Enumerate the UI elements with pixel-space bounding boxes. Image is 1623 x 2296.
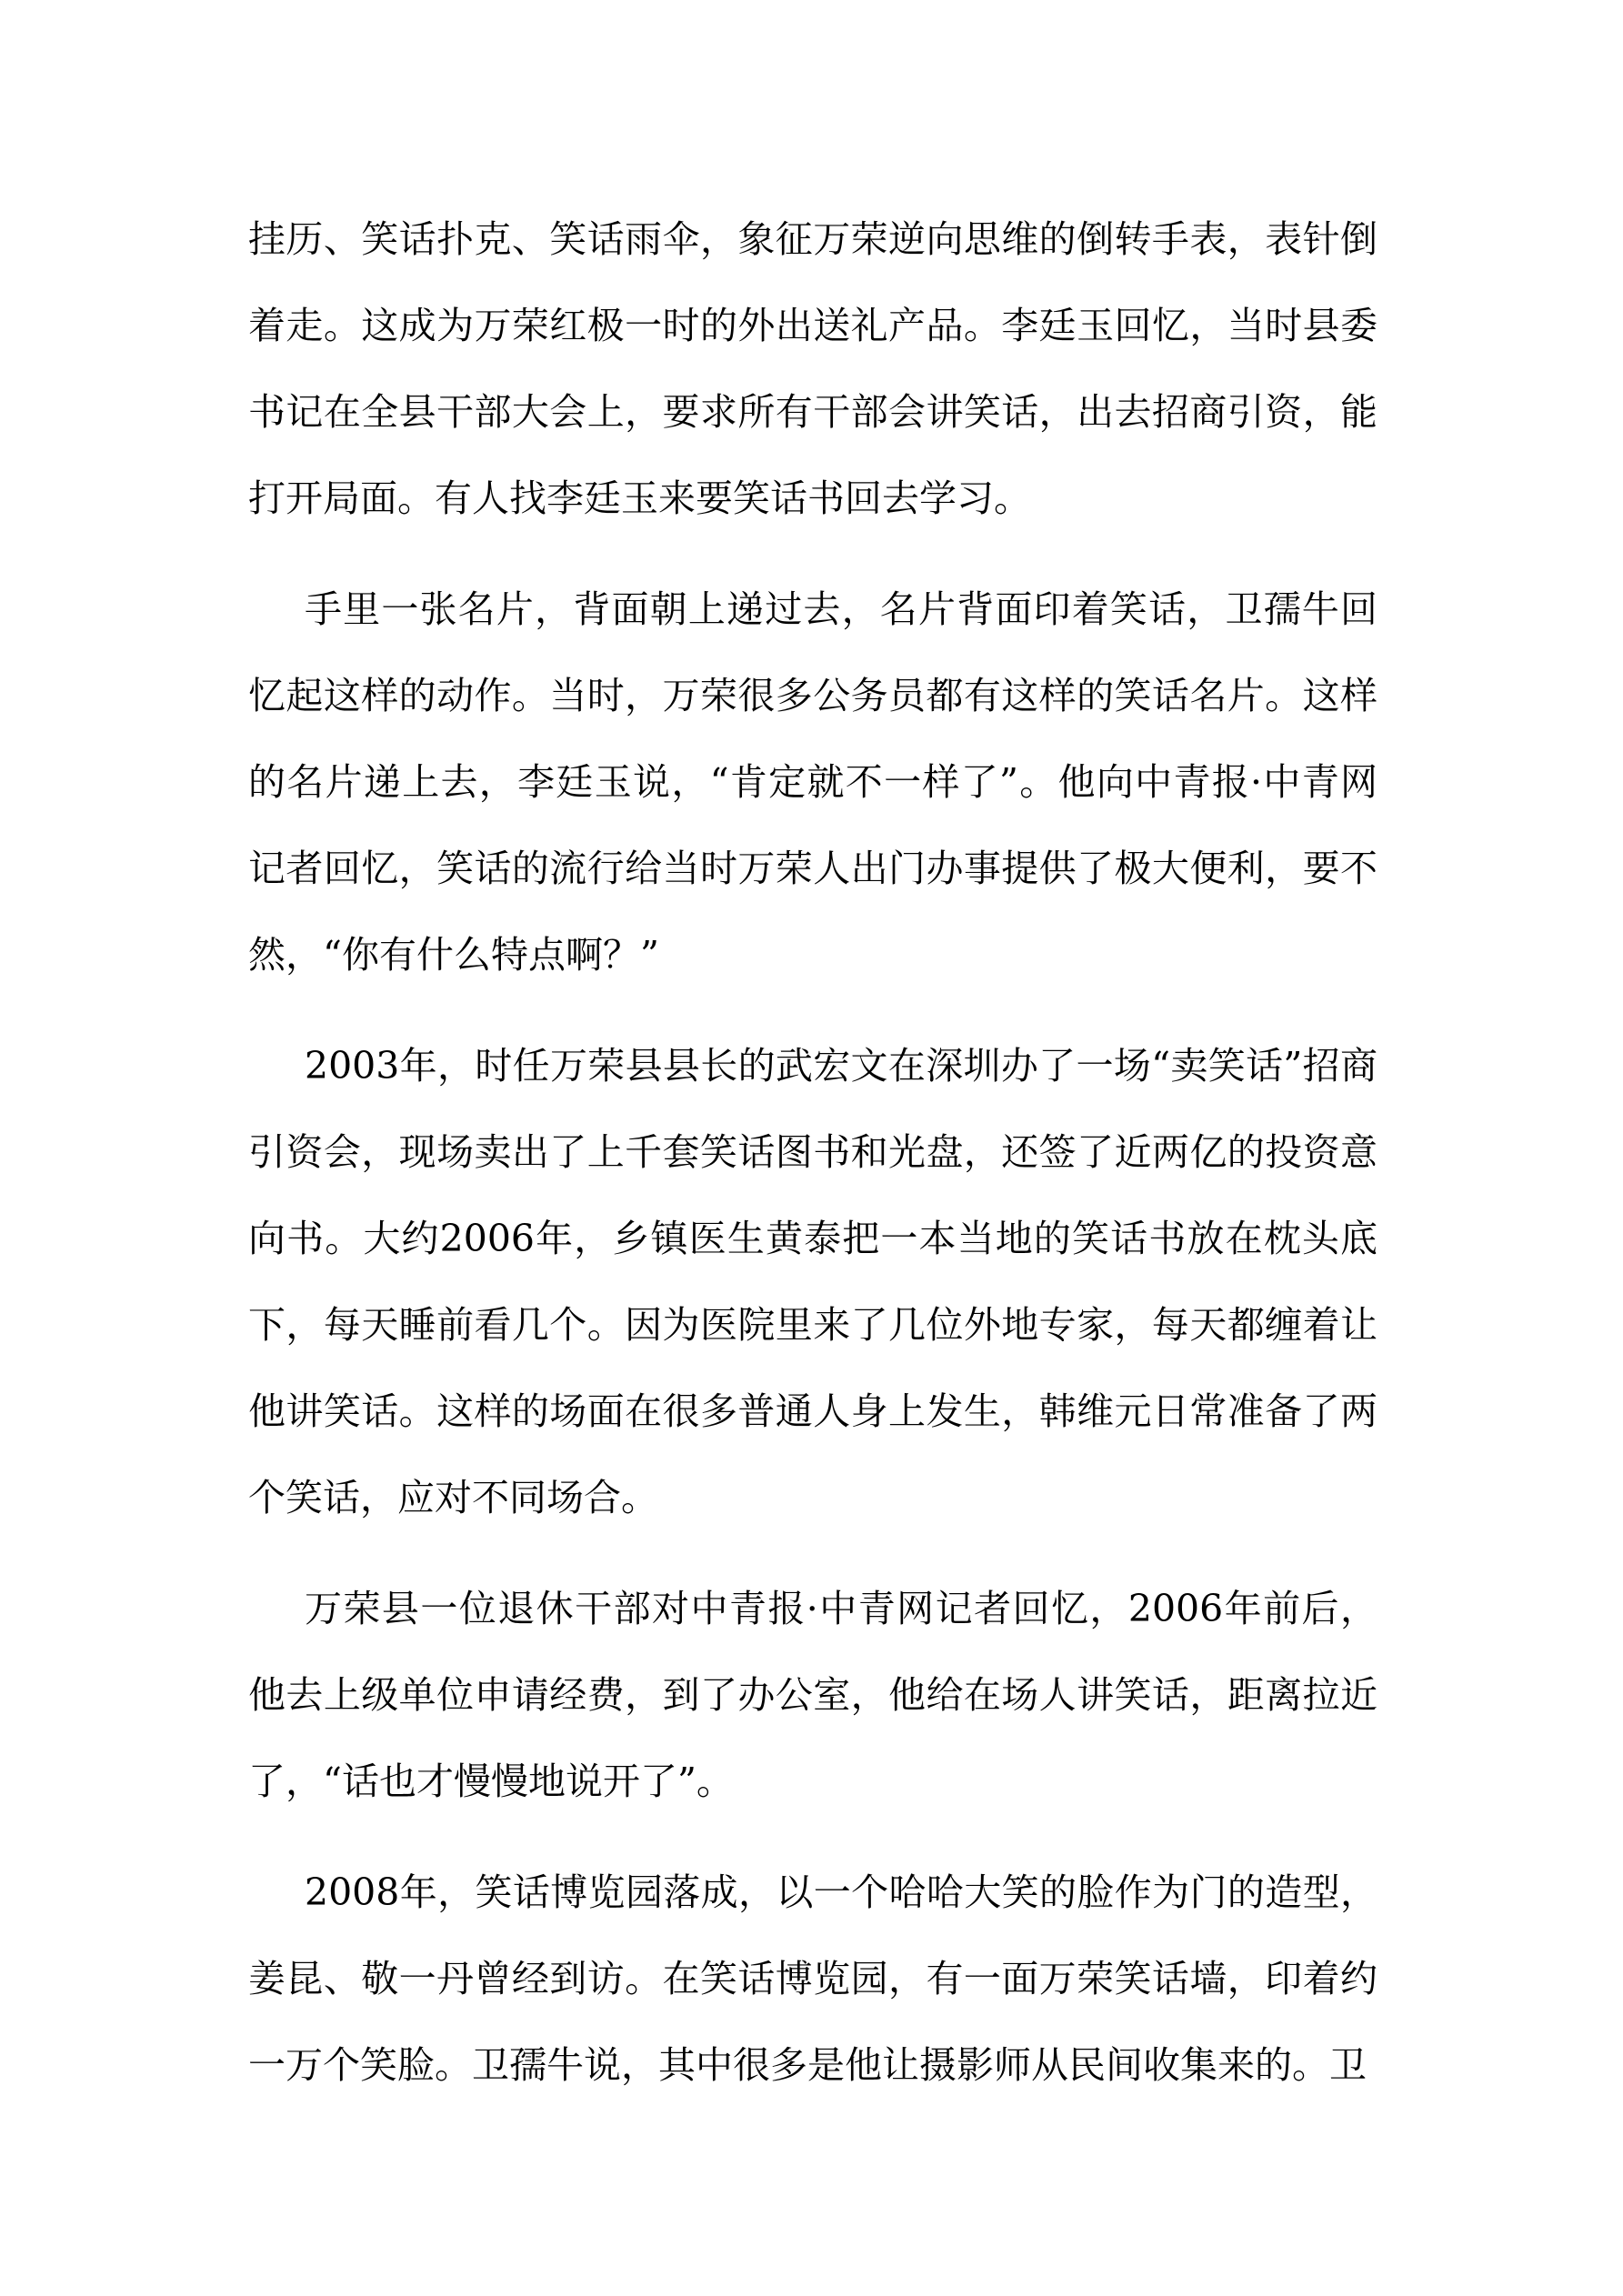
paragraph-2: 手里一张名片，背面朝上递过去，名片背面印着笑话，卫孺牛回忆起这样的动作。当时，万… — [248, 566, 1378, 998]
paragraph-4: 万荣县一位退休干部对中青报·中青网记者回忆，2006年前后，他去上级单位申请经费… — [248, 1566, 1378, 1825]
paragraph-3: 2003年，时任万荣县县长的武宏文在深圳办了一场“卖笑话”招商引资会，现场卖出了… — [248, 1023, 1378, 1541]
paragraph-5: 2008年，笑话博览园落成，以一个哈哈大笑的脸作为门的造型，姜昆、敬一丹曾经到访… — [248, 1850, 1378, 2109]
document-page: 挂历、笑话扑克、笑话雨伞，象征万荣逆向思维的倒转手表，表针倒着走。这成为万荣红极… — [248, 196, 1378, 2109]
paragraph-1: 挂历、笑话扑克、笑话雨伞，象征万荣逆向思维的倒转手表，表针倒着走。这成为万荣红极… — [248, 196, 1378, 542]
